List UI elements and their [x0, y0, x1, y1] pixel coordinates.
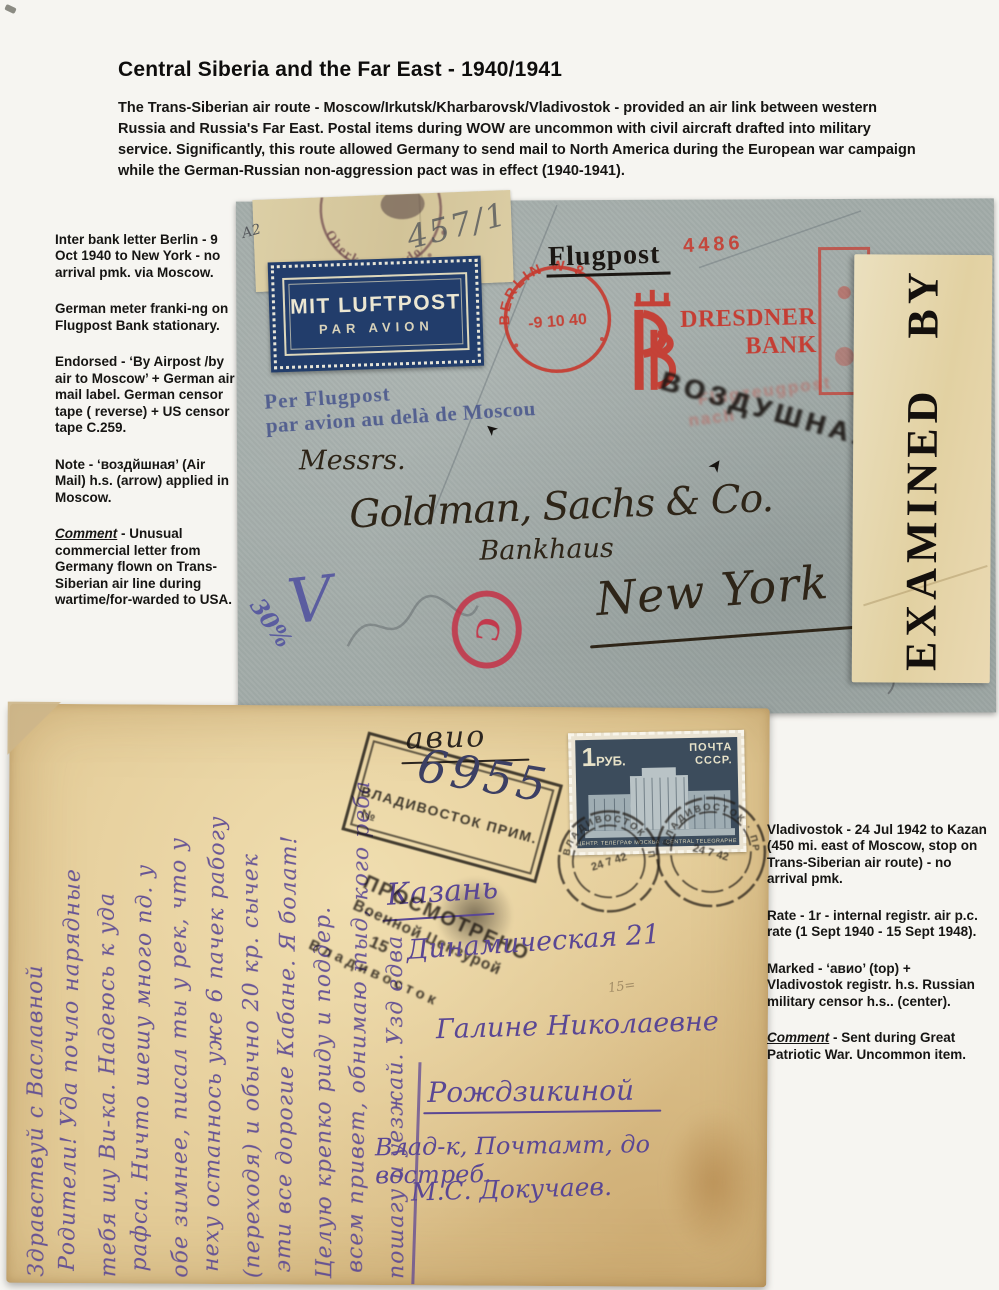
- flugpost-heading: Flugpost: [546, 238, 671, 277]
- meter-serial-number: 4486: [682, 232, 744, 258]
- vladivostok-postmarks: ВЛАДИВОСТОК · ПОЧТАМТ · ВЛАДИВОСТОК · ПР…: [536, 789, 777, 930]
- registry-box-no: №: [359, 806, 377, 824]
- svg-text:ВЛАДИВОСТОК · ПОЧТАМТ ·: ВЛАДИВОСТОК · ПОЧТАМТ ·: [536, 789, 657, 861]
- postmark-date2: 24 7 42: [691, 842, 730, 863]
- surname-underline: [423, 1110, 661, 1115]
- bank-imprint: DRESDNER BANK: [680, 304, 823, 362]
- address-bankhaus: Bankhaus: [479, 533, 614, 567]
- mit-luftpost-label: MIT LUFTPOST PAR AVION: [268, 256, 484, 373]
- exhibit-page: Central Siberia and the Far East - 1940/…: [0, 0, 999, 1290]
- message-line: обе зимнее, писал ты у рек, что у: [161, 708, 199, 1278]
- caption-card-markings: Marked - ‘авио’ (top) + Vladivostok regi…: [767, 961, 989, 1010]
- pencil-rate-note: 15=: [607, 978, 636, 997]
- postmark-date: 24 7 42: [590, 851, 629, 874]
- bank-name-line2: BANK: [680, 331, 823, 362]
- caption-card-origin: Vladivostok - 24 Jul 1942 to Kazan (450 …: [767, 822, 989, 888]
- postmark-ring-text: ВЛАДИВОСТОК · ПОЧТАМТ ·: [536, 789, 657, 861]
- caption-card-rate: Rate - 1r - internal registr. air p.c. r…: [767, 908, 989, 941]
- page-title: Central Siberia and the Far East - 1940/…: [118, 58, 562, 82]
- meter-date-text: -9 10 40: [528, 311, 588, 332]
- censor-c-mark: C: [452, 590, 522, 668]
- caption-cover1-franking: German meter franki-ng on Flugpost Bank …: [55, 301, 238, 334]
- blue-check-mark: V: [284, 561, 336, 638]
- postcard: Здравствуй с Ваславной Родители! Уда поч…: [6, 704, 770, 1288]
- caption-cover1-endorsement: Endorsed - ‘By Airpost /by air to Moscow…: [55, 354, 238, 436]
- message-line: Здравствуй с Ваславной: [17, 707, 55, 1277]
- sender-name: М.С. Докучаев.: [410, 1172, 612, 1207]
- caption-cover1-comment: Comment - Unusual commercial letter from…: [55, 526, 238, 608]
- comment-label: Comment: [767, 1030, 829, 1045]
- censor-tape-examined-by: EXAMINED BY: [852, 254, 993, 683]
- bank-name-line1: DRESDNER: [680, 304, 823, 335]
- caption-cover1-note: Note - ‘воздйшная’ (Air Mail) h.s. (arro…: [55, 457, 238, 506]
- scan-corner-mark: [4, 4, 17, 14]
- label-frame: MIT LUFTPOST PAR AVION: [282, 272, 469, 356]
- message-line: неху останнось уже 6 пачек рабогу: [194, 708, 238, 1272]
- message-line: Родители! Уда почло нарядные: [50, 707, 94, 1271]
- label-line2: PAR AVION: [319, 318, 434, 337]
- comment-label: Comment: [55, 526, 117, 541]
- message-line: (переходя) и обычно 20 кр. сычек: [233, 708, 271, 1278]
- message-line: рафса. Ничто шешу много пд. у: [122, 707, 166, 1271]
- label-line1: MIT LUFTPOST: [290, 290, 462, 320]
- censor-c-letter: C: [466, 614, 508, 645]
- message-line: тебя шу Ви-ка. Надеюсь к уда: [89, 707, 127, 1277]
- caption-cover1-origin: Inter bank letter Berlin - 9 Oct 1940 to…: [55, 232, 238, 281]
- message-line: эти все дорогие Кабане. Я болат!: [266, 708, 310, 1272]
- caption-card-comment: Comment - Sent during Great Patriotic Wa…: [767, 1030, 989, 1063]
- left-captions: Inter bank letter Berlin - 9 Oct 1940 to…: [55, 232, 238, 628]
- right-captions: Vladivostok - 24 Jul 1942 to Kazan (450 …: [767, 822, 989, 1083]
- intro-paragraph: The Trans-Siberian air route - Moscow/Ir…: [118, 98, 918, 182]
- address-messrs: Messrs.: [299, 445, 406, 476]
- address-surname: Рождзикиной: [427, 1074, 634, 1109]
- message-line: Целую крепко риду и поддер.: [305, 709, 343, 1279]
- examined-by-text: EXAMINED BY: [895, 257, 949, 681]
- cover-envelope: Oberkommando A2 457/1 MIT LUFTPOST PAR A…: [236, 198, 996, 715]
